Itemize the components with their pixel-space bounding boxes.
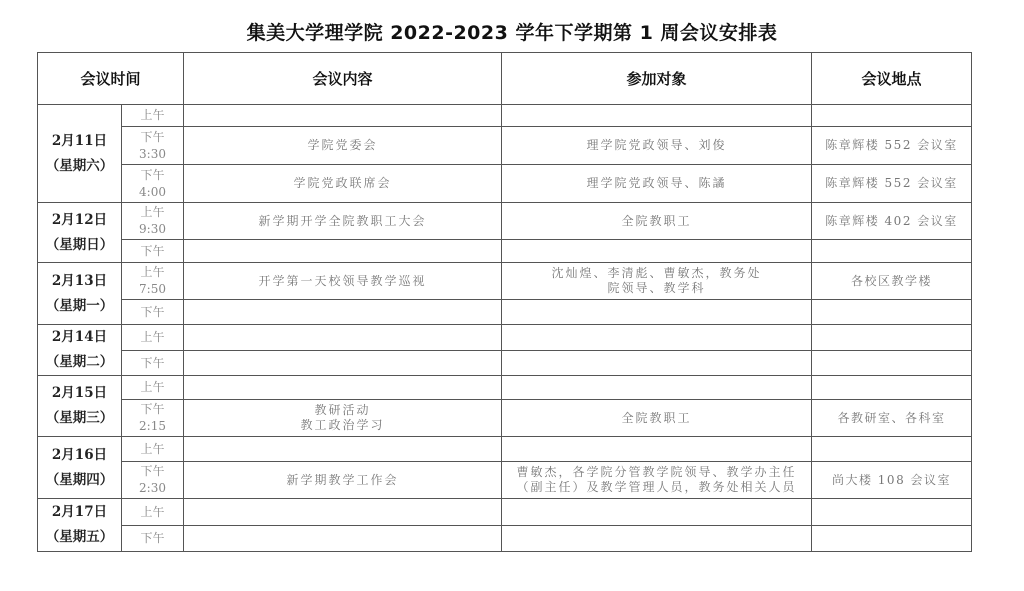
table-row: 2月12日（星期日）上午9:30新学期开学全院教职工大会全院教职工陈章辉楼 40… <box>38 203 972 240</box>
period-label: 下午 <box>122 304 183 321</box>
participants-text: 院领导、教学科 <box>502 281 811 296</box>
time-slot-cell: 上午 <box>122 499 184 526</box>
participants-cell: 理学院党政领导、刘俊 <box>502 127 812 165</box>
weekday-label: （星期日） <box>38 233 121 258</box>
content-cell <box>184 325 502 351</box>
location-text: 陈章辉楼 552 会议室 <box>812 176 971 191</box>
participants-text: 理学院党政领导、陈譎 <box>502 176 811 191</box>
location-text: 陈章辉楼 552 会议室 <box>812 138 971 153</box>
location-cell <box>812 526 972 552</box>
date-cell: 2月12日（星期日） <box>38 203 122 263</box>
table-row: 2月14日（星期二）上午 <box>38 325 972 351</box>
location-cell <box>812 325 972 351</box>
table-row: 下午3:30学院党委会理学院党政领导、刘俊陈章辉楼 552 会议室 <box>38 127 972 165</box>
participants-cell <box>502 300 812 325</box>
participants-cell <box>502 325 812 351</box>
participants-text: 沈灿煌、李清彪、曹敏杰，教务处 <box>502 266 811 281</box>
participants-cell <box>502 499 812 526</box>
date-cell: 2月11日（星期六） <box>38 105 122 203</box>
time-label: 4:00 <box>122 184 183 201</box>
period-label: 下午 <box>122 355 183 372</box>
location-cell: 陈章辉楼 552 会议室 <box>812 165 972 203</box>
weekday-label: （星期四） <box>38 468 121 493</box>
table-row: 2月13日（星期一）上午7:50开学第一天校领导教学巡视沈灿煌、李清彪、曹敏杰，… <box>38 263 972 300</box>
table-row: 下午 <box>38 300 972 325</box>
location-cell: 各教研室、各科室 <box>812 400 972 437</box>
content-text: 新学期开学全院教职工大会 <box>184 214 501 229</box>
period-label: 下午 <box>122 463 183 480</box>
table-row: 下午2:15教研活动教工政治学习全院教职工各教研室、各科室 <box>38 400 972 437</box>
time-slot-cell: 下午 <box>122 526 184 552</box>
period-label: 上午 <box>122 504 183 521</box>
page-title: 集美大学理学院 2022-2023 学年下学期第 1 周会议安排表 <box>0 18 1024 45</box>
header-participants: 参加对象 <box>502 53 812 105</box>
content-cell <box>184 240 502 263</box>
participants-text: 理学院党政领导、刘俊 <box>502 138 811 153</box>
time-slot-cell: 下午2:15 <box>122 400 184 437</box>
participants-cell <box>502 240 812 263</box>
period-label: 上午 <box>122 329 183 346</box>
location-cell <box>812 300 972 325</box>
header-location: 会议地点 <box>812 53 972 105</box>
weekday-label: （星期二） <box>38 350 121 375</box>
time-slot-cell: 上午7:50 <box>122 263 184 300</box>
time-label: 7:50 <box>122 281 183 298</box>
participants-cell <box>502 526 812 552</box>
location-cell <box>812 105 972 127</box>
time-slot-cell: 下午 <box>122 351 184 376</box>
weekday-label: （星期三） <box>38 406 121 431</box>
participants-cell <box>502 105 812 127</box>
content-text: 学院党政联席会 <box>184 176 501 191</box>
table-row: 2月16日（星期四）上午 <box>38 437 972 462</box>
time-slot-cell: 下午2:30 <box>122 462 184 499</box>
content-cell: 学院党委会 <box>184 127 502 165</box>
location-cell <box>812 351 972 376</box>
location-cell: 陈章辉楼 402 会议室 <box>812 203 972 240</box>
content-cell <box>184 351 502 376</box>
time-slot-cell: 上午 <box>122 376 184 400</box>
period-label: 上午 <box>122 441 183 458</box>
participants-cell: 沈灿煌、李清彪、曹敏杰，教务处院领导、教学科 <box>502 263 812 300</box>
table-row: 下午4:00学院党政联席会理学院党政领导、陈譎陈章辉楼 552 会议室 <box>38 165 972 203</box>
header-row: 会议时间 会议内容 参加对象 会议地点 <box>38 53 972 105</box>
time-slot-cell: 上午 <box>122 105 184 127</box>
location-cell <box>812 437 972 462</box>
time-slot-cell: 下午 <box>122 240 184 263</box>
date-cell: 2月13日（星期一） <box>38 263 122 325</box>
period-label: 上午 <box>122 264 183 281</box>
content-cell: 新学期教学工作会 <box>184 462 502 499</box>
content-cell: 开学第一天校领导教学巡视 <box>184 263 502 300</box>
participants-cell <box>502 351 812 376</box>
date-label: 2月11日 <box>38 129 121 154</box>
meeting-schedule-table: 会议时间 会议内容 参加对象 会议地点 2月11日（星期六）上午下午3:30学院… <box>37 52 972 552</box>
period-label: 上午 <box>122 379 183 396</box>
participants-cell: 理学院党政领导、陈譎 <box>502 165 812 203</box>
participants-text: （副主任）及教学管理人员，教务处相关人员 <box>502 480 811 495</box>
date-label: 2月15日 <box>38 381 121 406</box>
content-cell <box>184 300 502 325</box>
table-row: 下午 <box>38 351 972 376</box>
date-label: 2月17日 <box>38 500 121 525</box>
period-label: 下午 <box>122 530 183 547</box>
location-cell: 各校区教学楼 <box>812 263 972 300</box>
content-cell: 学院党政联席会 <box>184 165 502 203</box>
location-cell <box>812 499 972 526</box>
table-row: 2月11日（星期六）上午 <box>38 105 972 127</box>
location-text: 尚大楼 108 会议室 <box>812 473 971 488</box>
time-slot-cell: 上午 <box>122 437 184 462</box>
content-cell <box>184 499 502 526</box>
table-row: 下午 <box>38 526 972 552</box>
location-cell: 尚大楼 108 会议室 <box>812 462 972 499</box>
table-row: 下午 <box>38 240 972 263</box>
participants-cell: 全院教职工 <box>502 203 812 240</box>
location-cell: 陈章辉楼 552 会议室 <box>812 127 972 165</box>
participants-cell: 曹敏杰，各学院分管教学院领导、教学办主任（副主任）及教学管理人员，教务处相关人员 <box>502 462 812 499</box>
date-cell: 2月16日（星期四） <box>38 437 122 499</box>
content-text: 教研活动 <box>184 403 501 418</box>
period-label: 下午 <box>122 401 183 418</box>
header-time: 会议时间 <box>38 53 184 105</box>
weekday-label: （星期六） <box>38 154 121 179</box>
participants-cell: 全院教职工 <box>502 400 812 437</box>
location-cell <box>812 240 972 263</box>
location-text: 各教研室、各科室 <box>812 411 971 426</box>
content-cell <box>184 526 502 552</box>
content-cell <box>184 105 502 127</box>
table-row: 下午2:30新学期教学工作会曹敏杰，各学院分管教学院领导、教学办主任（副主任）及… <box>38 462 972 499</box>
period-label: 上午 <box>122 204 183 221</box>
date-label: 2月12日 <box>38 208 121 233</box>
content-text: 新学期教学工作会 <box>184 473 501 488</box>
period-label: 下午 <box>122 129 183 146</box>
table-row: 2月15日（星期三）上午 <box>38 376 972 400</box>
date-label: 2月13日 <box>38 269 121 294</box>
participants-text: 曹敏杰，各学院分管教学院领导、教学办主任 <box>502 465 811 480</box>
content-cell <box>184 437 502 462</box>
participants-cell <box>502 376 812 400</box>
date-cell: 2月14日（星期二） <box>38 325 122 376</box>
period-label: 下午 <box>122 243 183 260</box>
table-row: 2月17日（星期五）上午 <box>38 499 972 526</box>
participants-text: 全院教职工 <box>502 214 811 229</box>
date-label: 2月16日 <box>38 443 121 468</box>
weekday-label: （星期五） <box>38 525 121 550</box>
content-text: 教工政治学习 <box>184 418 501 433</box>
content-cell: 新学期开学全院教职工大会 <box>184 203 502 240</box>
time-slot-cell: 下午3:30 <box>122 127 184 165</box>
time-slot-cell: 上午 <box>122 325 184 351</box>
time-label: 3:30 <box>122 146 183 163</box>
time-label: 9:30 <box>122 221 183 238</box>
date-cell: 2月17日（星期五） <box>38 499 122 552</box>
location-text: 陈章辉楼 402 会议室 <box>812 214 971 229</box>
date-label: 2月14日 <box>38 325 121 350</box>
time-slot-cell: 上午9:30 <box>122 203 184 240</box>
weekday-label: （星期一） <box>38 294 121 319</box>
schedule-body: 2月11日（星期六）上午下午3:30学院党委会理学院党政领导、刘俊陈章辉楼 55… <box>38 105 972 552</box>
location-cell <box>812 376 972 400</box>
location-text: 各校区教学楼 <box>812 274 971 289</box>
content-cell <box>184 376 502 400</box>
time-slot-cell: 下午4:00 <box>122 165 184 203</box>
date-cell: 2月15日（星期三） <box>38 376 122 437</box>
content-text: 开学第一天校领导教学巡视 <box>184 274 501 289</box>
period-label: 上午 <box>122 107 183 124</box>
time-slot-cell: 下午 <box>122 300 184 325</box>
time-label: 2:15 <box>122 418 183 435</box>
participants-text: 全院教职工 <box>502 411 811 426</box>
header-content: 会议内容 <box>184 53 502 105</box>
time-label: 2:30 <box>122 480 183 497</box>
content-text: 学院党委会 <box>184 138 501 153</box>
period-label: 下午 <box>122 167 183 184</box>
participants-cell <box>502 437 812 462</box>
content-cell: 教研活动教工政治学习 <box>184 400 502 437</box>
